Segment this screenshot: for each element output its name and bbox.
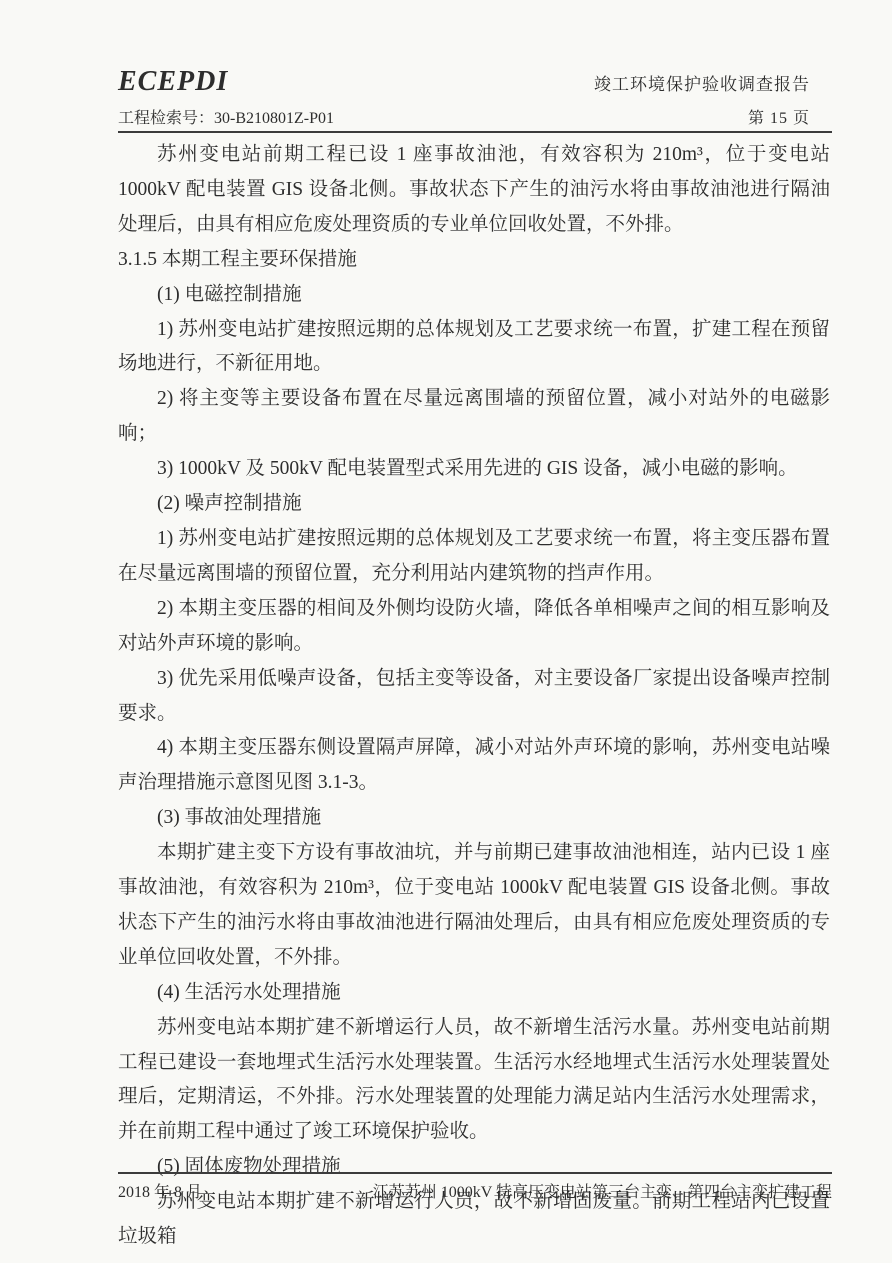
footer-date: 2018 年 8 月 (118, 1183, 202, 1203)
page-number: 第 15 页 (748, 109, 832, 129)
paragraph-12: (3) 事故油处理措施 (118, 801, 830, 836)
page-footer: 2018 年 8 月 江苏苏州 1000kV 特高压变电站第三台主变、第四台主变… (118, 1172, 832, 1203)
paragraph-8: 1) 苏州变电站扩建按照远期的总体规划及工艺要求统一布置，将主变压器布置在尽量远… (118, 522, 830, 592)
paragraph-10: 3) 优先采用低噪声设备，包括主变等设备，对主要设备厂家提出设备噪声控制要求。 (118, 662, 830, 732)
report-title: 竣工环境保护验收调查报告 (594, 70, 832, 95)
company-logo: ECEPDI (118, 68, 228, 96)
paragraph-1: 苏州变电站前期工程已设 1 座事故油池，有效容积为 210m³，位于变电站 10… (118, 138, 830, 243)
paragraph-2: 3.1.5 本期工程主要环保措施 (118, 243, 830, 278)
document-body: 苏州变电站前期工程已设 1 座事故油池，有效容积为 210m³，位于变电站 10… (118, 138, 830, 1255)
paragraph-13: 本期扩建主变下方设有事故油坑，并与前期已建事故油池相连，站内已设 1 座事故油池… (118, 836, 830, 976)
paragraph-4: 1) 苏州变电站扩建按照远期的总体规划及工艺要求统一布置，扩建工程在预留场地进行… (118, 313, 830, 383)
paragraph-7: (2) 噪声控制措施 (118, 487, 830, 522)
paragraph-5: 2) 将主变等主要设备布置在尽量远离围墙的预留位置，减小对站外的电磁影响； (118, 382, 830, 452)
paragraph-9: 2) 本期主变压器的相间及外侧均设防火墙，降低各单相噪声之间的相互影响及对站外声… (118, 592, 830, 662)
paragraph-3: (1) 电磁控制措施 (118, 278, 830, 313)
footer-project-title: 江苏苏州 1000kV 特高压变电站第三台主变、第四台主变扩建工程 (373, 1183, 832, 1203)
paragraph-14: (4) 生活污水处理措施 (118, 976, 830, 1011)
paragraph-11: 4) 本期主变压器东侧设置隔声屏障，减小对站外声环境的影响，苏州变电站噪声治理措… (118, 731, 830, 801)
paragraph-15: 苏州变电站本期扩建不新增运行人员，故不新增生活污水量。苏州变电站前期工程已建设一… (118, 1011, 830, 1151)
paragraph-6: 3) 1000kV 及 500kV 配电装置型式采用先进的 GIS 设备，减小电… (118, 452, 830, 487)
header-row-bottom: 工程检索号：30-B210801Z-P01 第 15 页 (118, 109, 832, 129)
page-header: ECEPDI 竣工环境保护验收调查报告 工程检索号：30-B210801Z-P0… (118, 0, 832, 133)
project-index-number: 工程检索号：30-B210801Z-P01 (118, 109, 334, 129)
header-row-top: ECEPDI 竣工环境保护验收调查报告 (118, 68, 832, 96)
document-page: ECEPDI 竣工环境保护验收调查报告 工程检索号：30-B210801Z-P0… (0, 0, 892, 1263)
